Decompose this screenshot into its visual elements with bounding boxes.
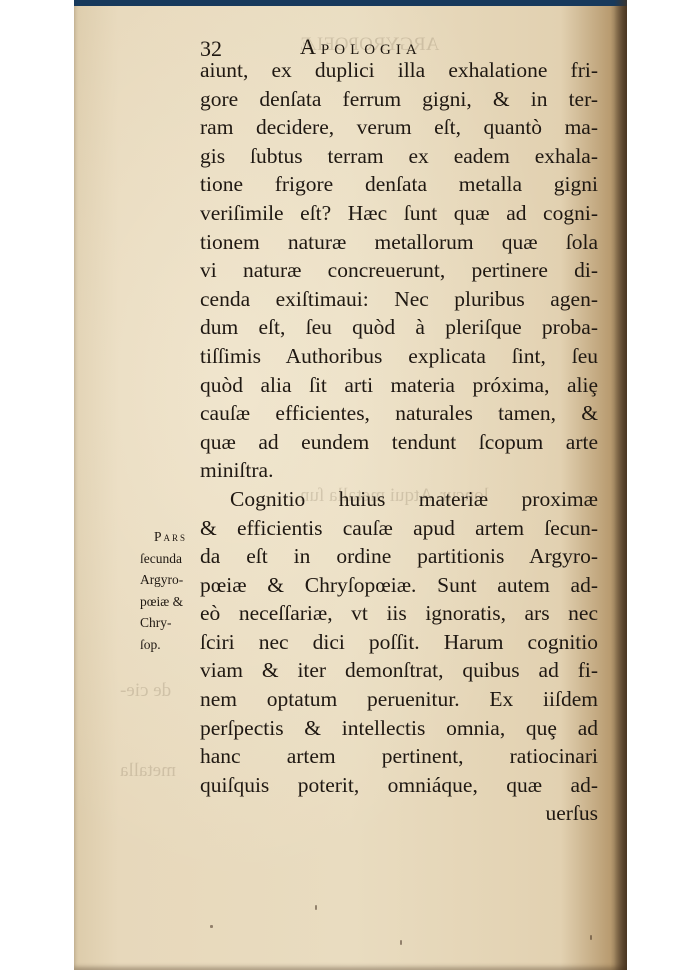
paper-speck — [400, 940, 402, 945]
margin-note: Pars ſecunda Argyro- pœiæ & Chry- ſop. — [140, 526, 202, 655]
text-line: gis ſubtus terram ex eadem exhala- — [200, 142, 598, 171]
margin-note-line: ſop. — [140, 634, 202, 656]
margin-note-line: pœiæ & — [140, 591, 202, 613]
paragraph-start-line: Cognitio huius materiæ proximæ — [200, 485, 598, 514]
text-line: quòd alia ſit arti materia próxima, aliȩ — [200, 371, 598, 400]
paper-speck — [315, 905, 317, 910]
text-line: viam & iter demonſtrat, quibus ad fi- — [200, 656, 598, 685]
text-line: nem optatum peruenitur. Ex iiſdem — [200, 685, 598, 714]
text-line: gore denſata ferrum gigni, & in ter- — [200, 85, 598, 114]
margin-note-line: Chry- — [140, 612, 202, 634]
page-edge-shadow — [614, 0, 627, 970]
text-line: ſciri nec dici poſſit. Harum cognitio — [200, 628, 598, 657]
text-line: perſpectis & intellectis omnia, quȩ ad — [200, 714, 598, 743]
paper-speck — [210, 925, 213, 928]
text-line: vi naturæ concreuerunt, pertinere di- — [200, 256, 598, 285]
text-line: cauſæ efficientes, naturales tamen, & — [200, 399, 598, 428]
margin-note-line: Argyro- — [140, 569, 202, 591]
text-line: veriſimile eſt? Hæc ſunt quæ ad cogni- — [200, 199, 598, 228]
margin-note-line: ſecunda — [140, 548, 202, 570]
show-through-text: metalla — [120, 760, 176, 782]
text-line: miniſtra. — [200, 456, 598, 485]
show-through-text: de cie- — [120, 680, 171, 702]
catchword: uerſus — [200, 799, 598, 828]
text-line: aiunt, ex duplici illa exhalatione fri- — [200, 56, 598, 85]
text-line: quæ ad eundem tendunt ſcopum arte — [200, 428, 598, 457]
text-line: & efficientis cauſæ apud artem ſecun- — [200, 514, 598, 543]
margin-note-line: Pars — [140, 526, 202, 548]
text-line: ram decidere, verum eſt, quantò ma- — [200, 113, 598, 142]
text-line: tionem naturæ metallorum quæ ſola — [200, 228, 598, 257]
text-line: quiſquis poterit, omniáque, quæ ad- — [200, 771, 598, 800]
text-line: eò neceſſariæ, vt iis ignoratis, ars nec — [200, 599, 598, 628]
text-line: tiſſimis Authoribus explicata ſint, ſeu — [200, 342, 598, 371]
scanner-edge-strip — [74, 0, 627, 6]
text-line: da eſt in ordine partitionis Argyro- — [200, 542, 598, 571]
body-text: aiunt, ex duplici illa exhalatione fri- … — [200, 56, 598, 828]
text-line: hanc artem pertinent, ratiocinari — [200, 742, 598, 771]
text-line: dum eſt, ſeu quòd à pleriſque proba- — [200, 313, 598, 342]
text-line: tione frigore denſata metalla gigni — [200, 170, 598, 199]
text-line: cenda exiſtimaui: Nec pluribus agen- — [200, 285, 598, 314]
paper-speck — [590, 935, 592, 940]
text-line: pœiæ & Chryſopœiæ. Sunt autem ad- — [200, 571, 598, 600]
